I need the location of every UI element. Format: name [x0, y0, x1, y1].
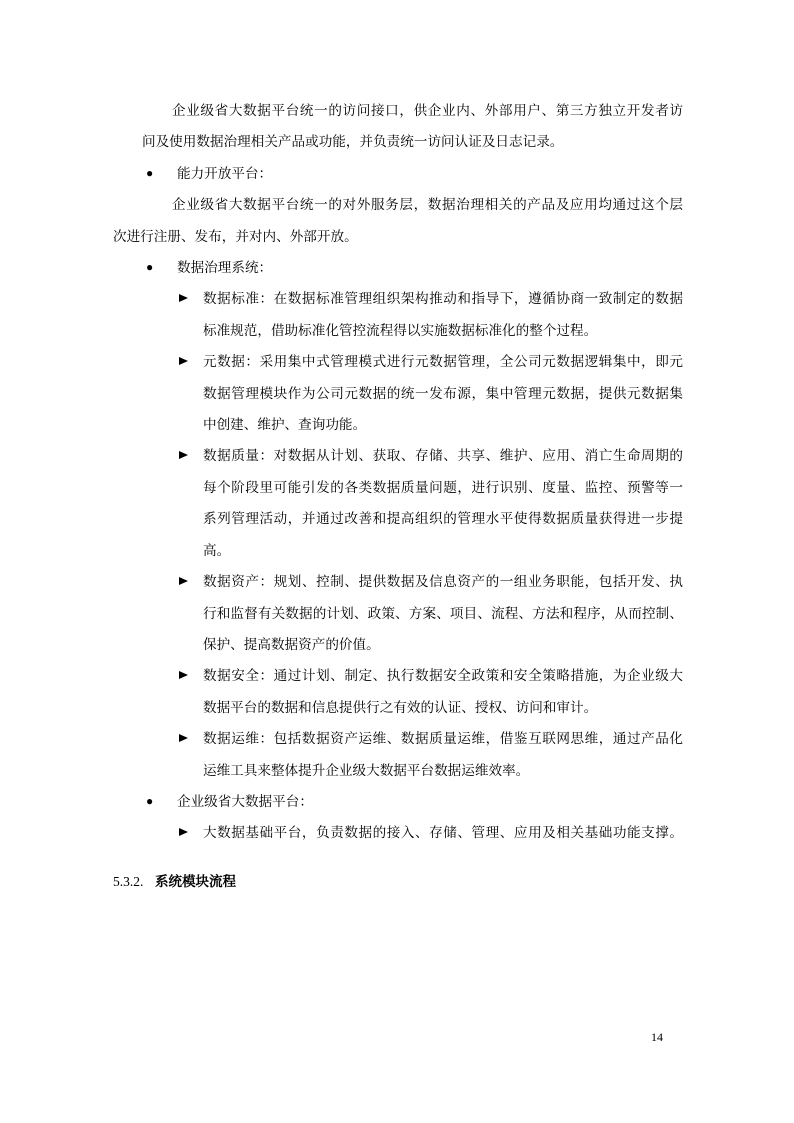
sub-item-line: 运维工具来整体提升企业级大数据平台数据运维效率。	[203, 755, 683, 786]
arrow-bullet-icon	[179, 294, 188, 302]
sub-item-line: 标准规范，借助标准化管控流程得以实施数据标准化的整个过程。	[203, 315, 683, 346]
arrow-bullet-icon	[179, 357, 188, 365]
sub-item-line: 数据管理模块作为公司元数据的统一发布源，集中管理元数据，提供元数据集	[203, 378, 683, 409]
arrow-bullet-icon	[179, 577, 188, 585]
paragraph-line: 次进行注册、发布，并对内、外部开放。	[113, 221, 794, 252]
arrow-bullet-icon	[179, 734, 188, 742]
sub-item-line: 元数据：采用集中式管理模式进行元数据管理，全公司元数据逻辑集中，即元	[203, 346, 683, 377]
bullet-dot-icon: ●	[146, 786, 177, 817]
sub-item-line: 每个阶段里可能引发的各类数据质量问题，进行识别、度量、监控、预警等一	[203, 472, 683, 503]
sub-item-data-operations: 数据运维：包括数据资产运维、数据质量运维，借鉴互联网思维，通过产品化 运维工具来…	[178, 723, 794, 786]
sub-item-line: 数据运维：包括数据资产运维、数据质量运维，借鉴互联网思维，通过产品化	[203, 723, 683, 754]
arrow-bullet-icon	[179, 451, 188, 459]
bullet-label: 数据治理系统：	[177, 252, 272, 283]
document-page: 企业级省大数据平台统一的访问接口，供企业内、外部用户、第三方独立开发者访 问及使…	[0, 0, 794, 1123]
sub-item-line: 行和监督有关数据的计划、政策、方案、项目、流程、方法和程序，从而控制、	[203, 598, 683, 629]
sub-item-line: 数据标准：在数据标准管理组织架构推动和指导下，遵循协商一致制定的数据	[203, 283, 683, 314]
sub-item-line: 数据平台的数据和信息提供行之有效的认证、授权、访问和审计。	[203, 692, 683, 723]
sub-item-data-quality: 数据质量：对数据从计划、获取、存储、共享、维护、应用、消亡生命周期的 每个阶段里…	[178, 440, 794, 566]
sub-item-line: 数据质量：对数据从计划、获取、存储、共享、维护、应用、消亡生命周期的	[203, 440, 683, 471]
paragraph-line: 企业级省大数据平台统一的对外服务层，数据治理相关的产品及应用均通过这个层	[113, 189, 683, 220]
sub-item-data-standard: 数据标准：在数据标准管理组织架构推动和指导下，遵循协商一致制定的数据 标准规范，…	[178, 283, 794, 346]
sub-item-line: 中创建、维护、查询功能。	[203, 409, 683, 440]
bullet-dot-icon: ●	[146, 158, 177, 189]
sub-item-bigdata-base-platform: 大数据基础平台，负责数据的接入、存储、管理、应用及相关基础功能支撑。	[178, 817, 794, 848]
page-number: 14	[651, 1030, 663, 1044]
paragraph-line: 企业级省大数据平台统一的访问接口，供企业内、外部用户、第三方独立开发者访	[142, 95, 683, 126]
bullet-item-enterprise-bigdata-platform: ● 企业级省大数据平台：	[146, 786, 794, 817]
bullet-dot-icon: ●	[146, 252, 177, 283]
sub-item-data-asset: 数据资产：规划、控制、提供数据及信息资产的一组业务职能，包括开发、执 行和监督有…	[178, 566, 794, 660]
sub-item-metadata: 元数据：采用集中式管理模式进行元数据管理，全公司元数据逻辑集中，即元 数据管理模…	[178, 346, 794, 440]
sub-item-line: 保护、提高数据资产的价值。	[203, 629, 683, 660]
section-number: 5.3.2.	[113, 866, 155, 897]
bullet-item-data-governance-system: ● 数据治理系统：	[146, 252, 794, 283]
section-title: 系统模块流程	[155, 874, 236, 889]
sub-item-line: 大数据基础平台，负责数据的接入、存储、管理、应用及相关基础功能支撑。	[203, 817, 683, 848]
sub-item-line: 数据资产：规划、控制、提供数据及信息资产的一组业务职能，包括开发、执	[203, 566, 683, 597]
bullet-item-capability-platform: ● 能力开放平台：	[146, 158, 794, 189]
sub-item-data-security: 数据安全：通过计划、制定、执行数据安全政策和安全策略措施，为企业级大 数据平台的…	[178, 660, 794, 723]
section-heading: 5.3.2.系统模块流程	[113, 866, 794, 897]
sub-item-line: 高。	[203, 535, 683, 566]
arrow-bullet-icon	[179, 828, 188, 836]
document-body: 企业级省大数据平台统一的访问接口，供企业内、外部用户、第三方独立开发者访 问及使…	[0, 95, 794, 897]
bullet-label: 企业级省大数据平台：	[177, 786, 313, 817]
sub-item-line: 数据安全：通过计划、制定、执行数据安全政策和安全策略措施，为企业级大	[203, 660, 683, 691]
bullet-label: 能力开放平台：	[177, 158, 272, 189]
sub-item-line: 系列管理活动，并通过改善和提高组织的管理水平使得数据质量获得进一步提	[203, 503, 683, 534]
arrow-bullet-icon	[179, 671, 188, 679]
paragraph-line: 问及使用数据治理相关产品或功能，并负责统一访问认证及日志记录。	[142, 126, 794, 157]
